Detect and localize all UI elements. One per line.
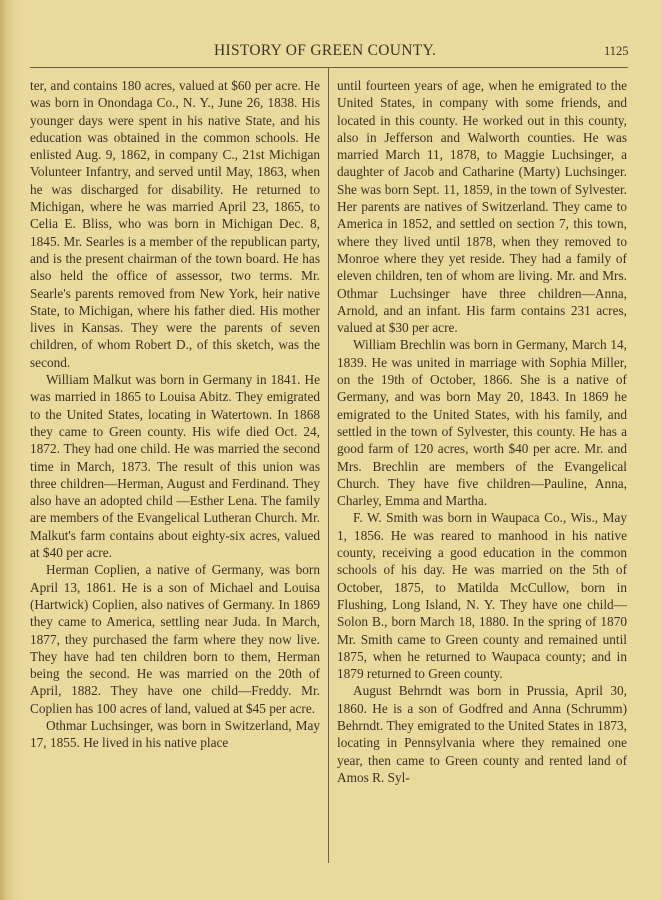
header-rule — [30, 67, 628, 68]
paragraph-smith: F. W. Smith was born in Waupaca Co., Wis… — [337, 509, 627, 682]
running-header: HISTORY OF GREEN COUNTY. 1125 — [0, 42, 661, 62]
right-column: until fourteen years of age, when he emi… — [337, 77, 627, 786]
book-page: HISTORY OF GREEN COUNTY. 1125 ter, and c… — [0, 0, 661, 900]
running-title: HISTORY OF GREEN COUNTY. — [214, 42, 436, 60]
paragraph-coplien: Herman Coplien, a native of Germany, was… — [30, 561, 320, 717]
page-number: 1125 — [604, 44, 629, 59]
paragraph-luchsinger: Othmar Luchsinger, was born in Switzerla… — [30, 717, 320, 752]
paragraph-behrndt: August Behrndt was born in Prussia, Apri… — [337, 682, 627, 786]
paragraph-luchsinger-continued: until fourteen years of age, when he emi… — [337, 77, 627, 336]
column-divider — [328, 67, 329, 863]
paragraph-brechlin: William Brechlin was born in Germany, Ma… — [337, 336, 627, 509]
paragraph-searles-continued: ter, and contains 180 acres, valued at $… — [30, 77, 320, 371]
paragraph-malkut: William Malkut was born in Germany in 18… — [30, 371, 320, 561]
left-column: ter, and contains 180 acres, valued at $… — [30, 77, 320, 752]
